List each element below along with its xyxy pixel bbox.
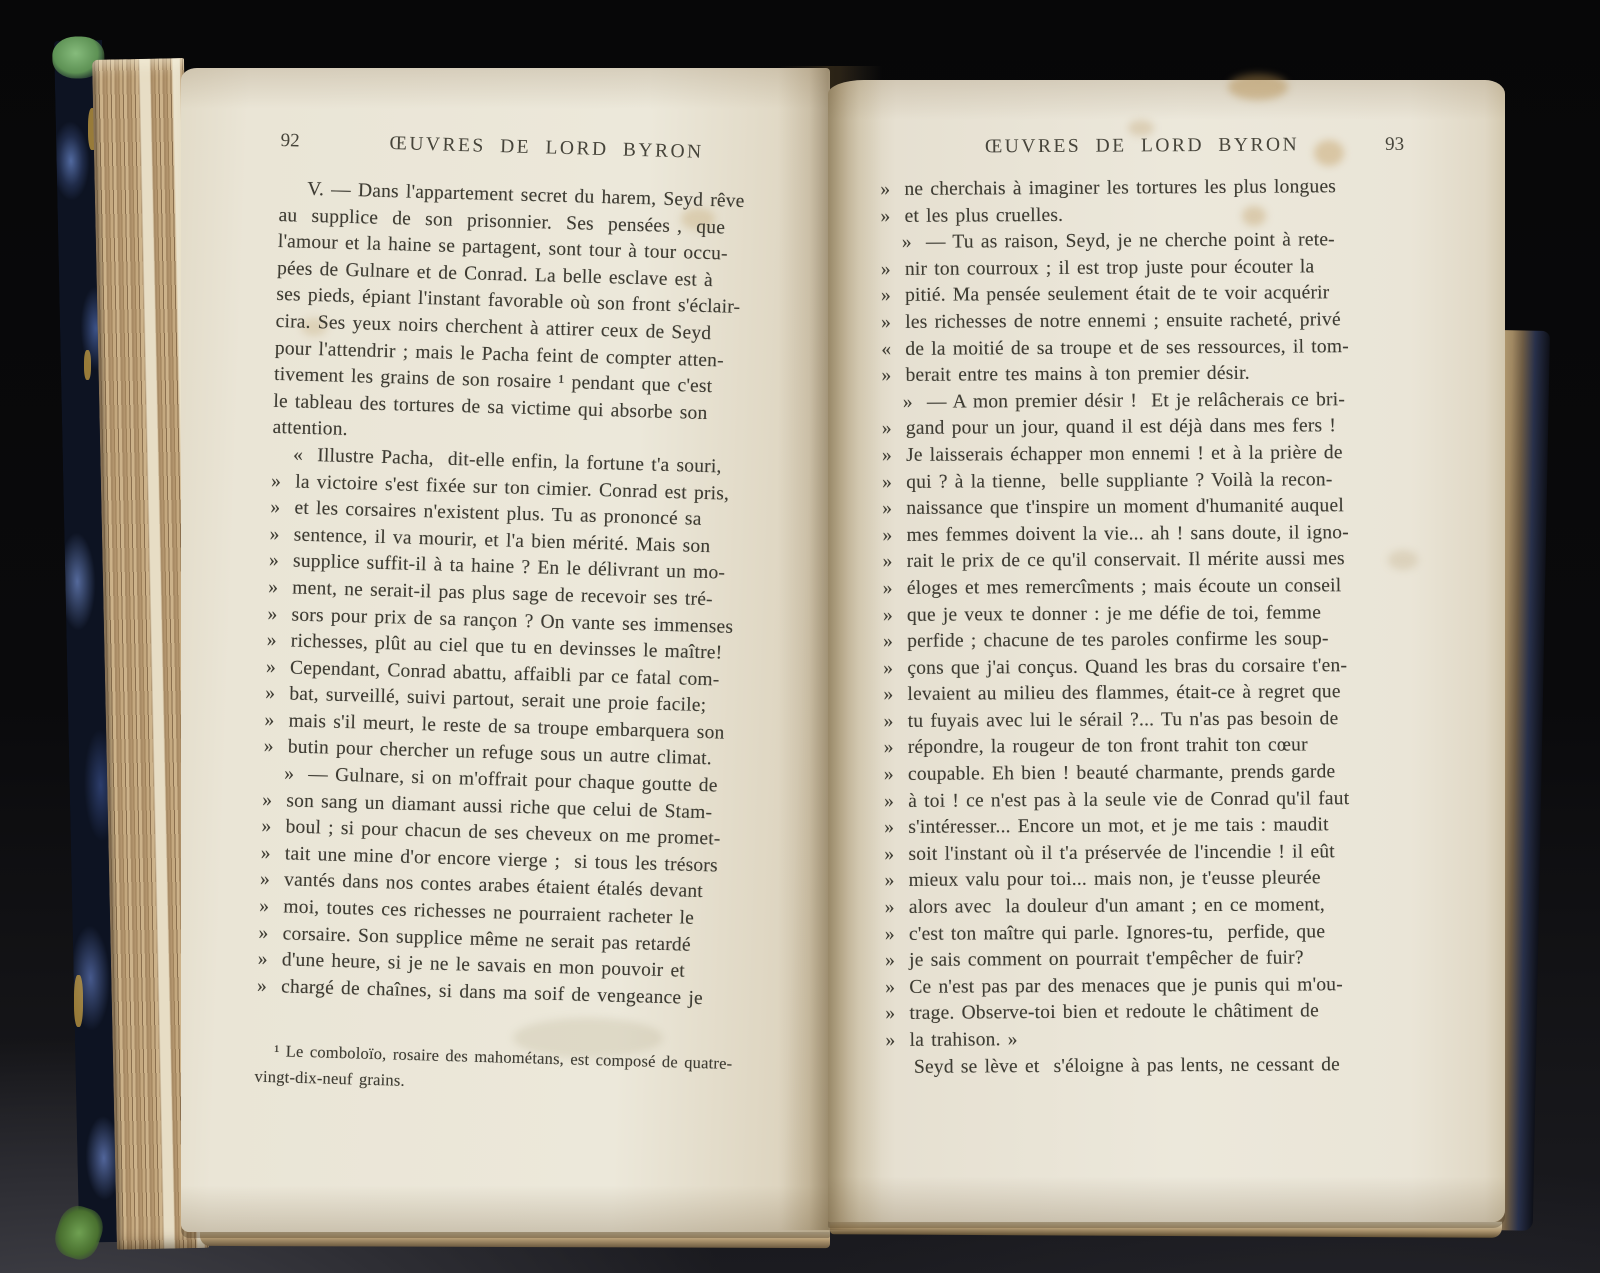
text-line: » alors avec la douleur d'un amant ; en …	[885, 892, 1409, 922]
left-page-header: 92 ŒUVRES DE LORD BYRON	[280, 130, 813, 171]
text-line: » qui ? à la tienne, belle suppliante ? …	[882, 466, 1406, 496]
text-line: » trage. Observe-toi bien et redoute le …	[885, 998, 1409, 1028]
right-running-title: ŒUVRES DE LORD BYRON	[938, 134, 1346, 158]
header-spacer	[754, 159, 812, 161]
text-line: Seyd se lève et s'éloigne à pas lents, n…	[886, 1051, 1410, 1081]
text-line: » s'intéresser... Encore un mot, et je m…	[884, 812, 1408, 842]
text-line: » Ce n'est pas par des menaces que je pu…	[885, 972, 1409, 1002]
left-page: 92 ŒUVRES DE LORD BYRON V. — Dans l'appa…	[181, 68, 830, 1232]
left-page-footnote: ¹ Le comboloïo, rosaire des mahométans, …	[254, 1038, 787, 1104]
text-line: » perfide ; chacune de tes paroles confi…	[883, 626, 1407, 656]
right-page-body: » ne cherchais à imaginer les tortures l…	[880, 174, 1410, 1081]
text-line: » coupable. Eh bien ! beauté charmante, …	[884, 759, 1408, 789]
text-line: » — Tu as raison, Seyd, je ne cherche po…	[881, 227, 1405, 257]
left-running-title: ŒUVRES DE LORD BYRON	[338, 132, 754, 166]
text-line: » mes femmes doivent la vie... ah ! sans…	[882, 520, 1406, 550]
text-line: » à toi ! ce n'est pas à la seule vie de…	[884, 785, 1408, 815]
text-line: » naissance que t'inspire un moment d'hu…	[882, 493, 1406, 523]
right-page: ŒUVRES DE LORD BYRON 93 » ne cherchais à…	[828, 80, 1505, 1222]
text-line: » et les plus cruelles.	[880, 200, 1404, 230]
left-page-paragraph-3: » — Gulnare, si on m'offrait pour chaque…	[257, 761, 795, 1015]
left-page-text-block: 92 ŒUVRES DE LORD BYRON V. — Dans l'appa…	[254, 130, 813, 1104]
text-line: » la trahison. »	[885, 1025, 1409, 1055]
text-line: » tu fuyais avec lui le sérail ?... Tu n…	[883, 706, 1407, 736]
text-line: » mieux valu pour toi... mais non, je t'…	[884, 865, 1408, 895]
text-line: » c'est ton maître qui parle. Ignores-tu…	[885, 918, 1409, 948]
left-page-number: 92	[280, 130, 339, 154]
text-line: » que je veux te donner : je me défie de…	[883, 599, 1407, 629]
text-line: » nir ton courroux ; il est trop juste p…	[881, 254, 1405, 284]
right-page-text-block: ŒUVRES DE LORD BYRON 93 » ne cherchais à…	[880, 134, 1410, 1081]
cover-yellow-fleck	[84, 350, 91, 380]
text-line: » éloges et mes remercîments ; mais écou…	[883, 573, 1407, 603]
text-line: » — A mon premier désir ! Et je relâcher…	[882, 387, 1406, 417]
text-line: » berait entre tes mains à ton premier d…	[881, 360, 1405, 390]
cover-yellow-fleck	[74, 975, 83, 1027]
photo-of-open-book: 92 ŒUVRES DE LORD BYRON V. — Dans l'appa…	[0, 0, 1600, 1273]
text-line: » çons que j'ai conçus. Quand les bras d…	[883, 652, 1407, 682]
text-line: » gand pour un jour, quand il est déjà d…	[882, 413, 1406, 443]
right-page-header: ŒUVRES DE LORD BYRON 93	[880, 134, 1404, 163]
foxing-stain	[1228, 74, 1288, 100]
text-line: » Je laisserais échapper mon ennemi ! et…	[882, 440, 1406, 470]
text-line: » répondre, la rougeur de ton front trah…	[884, 732, 1408, 762]
cover-green-accent-bottom	[50, 1201, 108, 1264]
text-line: » pitié. Ma pensée seulement était de te…	[881, 280, 1405, 310]
left-page-paragraph-2: « Illustre Pacha, dit-elle enfin, la for…	[263, 442, 804, 776]
text-line: » levaient au milieu des flammes, était-…	[883, 679, 1407, 709]
left-page-paragraph-1: V. — Dans l'appartement secret du harem,…	[272, 176, 811, 457]
right-page-number: 93	[1346, 134, 1404, 156]
text-line: » soit l'instant où il t'a préservée de …	[884, 839, 1408, 869]
text-line: » rait le prix de ce qu'il conservait. I…	[883, 546, 1407, 576]
text-line: « de la moitié de sa troupe et de ses re…	[881, 333, 1405, 363]
text-line: » ne cherchais à imaginer les tortures l…	[880, 174, 1404, 204]
text-line: » les richesses de notre ennemi ; ensuit…	[881, 307, 1405, 337]
foxing-stain	[1128, 120, 1154, 136]
text-line: » je sais comment on pourrait t'empêcher…	[885, 945, 1409, 975]
